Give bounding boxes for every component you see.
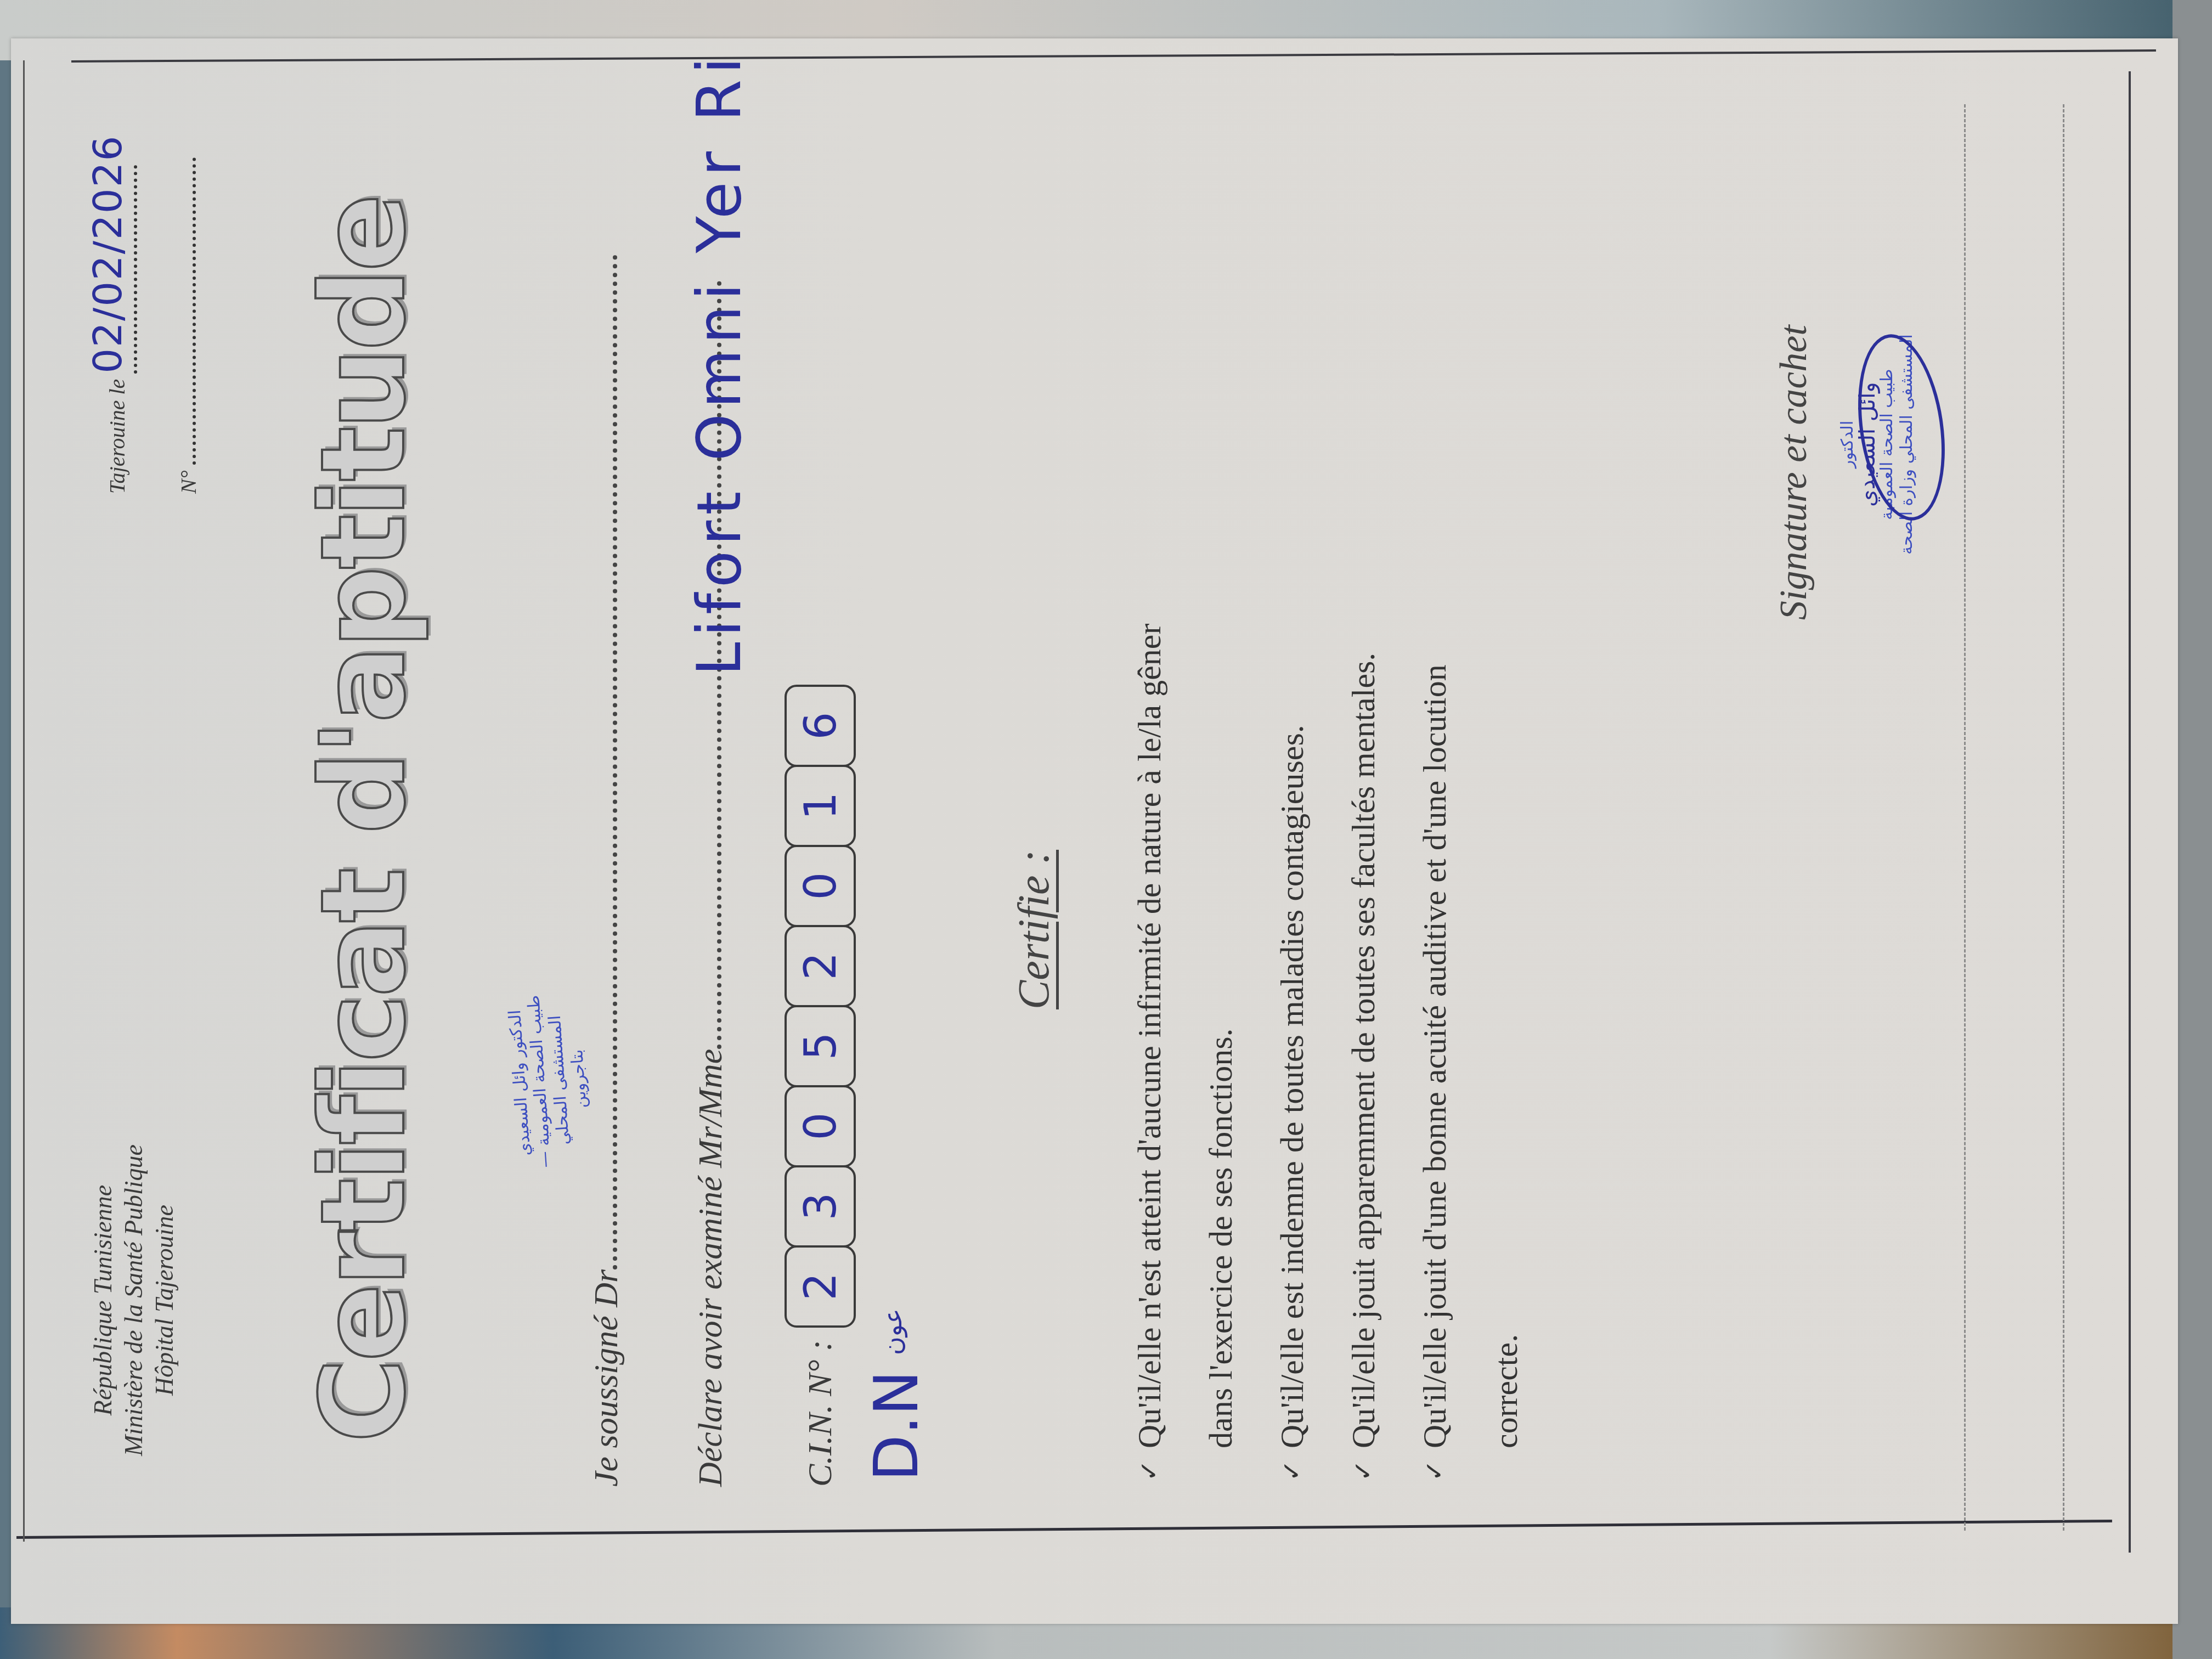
border-line — [23, 60, 25, 1542]
date-field[interactable]: 02/02/2026 — [88, 165, 137, 374]
date-value: 02/02/2026 — [84, 135, 131, 374]
cin-digit-box[interactable]: 3 — [785, 1165, 856, 1248]
check-icon: ✓ — [1399, 1460, 1470, 1481]
patient-name: Lifort Omni Yer Ri — [684, 52, 754, 676]
background-right-edge — [2172, 0, 2212, 1659]
statement-continuation: dans l'exercice de ses fonctions. — [1185, 165, 1256, 1481]
header-ministry: Ministère de la Santé Publique — [119, 1053, 149, 1547]
cin-digit-box[interactable]: 2 — [785, 925, 856, 1007]
border-line — [71, 49, 2156, 63]
doctor-field[interactable] — [613, 255, 617, 1269]
place-date-label: Tajerouine le — [105, 379, 129, 494]
statement-continuation: correcte. — [1470, 165, 1542, 1481]
statement-item: ✓ Qu'il/elle est indemne de toutes malad… — [1256, 165, 1328, 1481]
handwritten-annotation-arabic: عون — [878, 1308, 907, 1355]
place-date-block: Tajerouine le 02/02/2026 N° — [88, 110, 201, 494]
doctor-label: Je soussigné Dr — [588, 1269, 625, 1487]
check-icon: ✓ — [1114, 1460, 1185, 1481]
statement-item: ✓ Qu'il/elle jouit d'une bonne acuité au… — [1399, 165, 1470, 1481]
border-line — [2129, 71, 2131, 1553]
cin-digit-box[interactable]: 6 — [785, 685, 856, 767]
cin-digit-box[interactable]: 1 — [785, 765, 856, 847]
cin-digit-box[interactable]: 0 — [785, 1085, 856, 1167]
section-heading: Certifie : — [1009, 850, 1059, 1009]
cin-boxes: 2 3 0 5 2 0 1 6 — [785, 687, 856, 1328]
cin-label: C.I.N. N° : — [801, 1340, 840, 1487]
certificate-page: République Tunisienne Ministère de la Sa… — [38, 104, 2068, 1585]
check-icon: ✓ — [1256, 1460, 1328, 1481]
header-hospital: Hôpital Tajerouine — [149, 1053, 180, 1547]
doctor-line: Je soussigné Dr — [587, 255, 626, 1487]
patient-field[interactable]: Lifort Omni Yer Ri — [717, 281, 721, 1049]
certificate-sheet: République Tunisienne Ministère de la Sa… — [11, 38, 2178, 1624]
statement-item: ✓ Qu'il/elle n'est atteint d'aucune infi… — [1114, 165, 1185, 1481]
patient-label: Déclare avoir examiné Mr/Mme — [692, 1049, 729, 1487]
signature-label: Signature et cachet — [1772, 325, 1816, 620]
number-field[interactable] — [193, 157, 196, 465]
cin-digit-box[interactable]: 5 — [785, 1005, 856, 1087]
cin-digit-box[interactable]: 0 — [785, 845, 856, 927]
handwritten-annotation: D.N — [861, 1370, 932, 1481]
number-label: N° — [176, 470, 201, 494]
statements-list: ✓ Qu'il/elle n'est atteint d'aucune infi… — [1114, 165, 1542, 1481]
check-icon: ✓ — [1328, 1460, 1399, 1481]
statement-item: ✓ Qu'il/elle jouit apparemment de toutes… — [1328, 165, 1399, 1481]
document-title: Certificat d'aptitude — [296, 197, 431, 1443]
issuer-header: République Tunisienne Ministère de la Sa… — [88, 1053, 180, 1547]
doctor-stamp: الدكتور وائل السعيدي طبيب الصحة العمومية… — [504, 990, 595, 1171]
patient-line: Déclare avoir examiné Mr/Mme Lifort Omni… — [691, 281, 730, 1487]
header-republic: République Tunisienne — [88, 1053, 119, 1547]
signature-stamp: الدكتور وائل السعيدي طبيب الصحة العمومية… — [1838, 302, 1917, 587]
cin-digit-box[interactable]: 2 — [785, 1245, 856, 1328]
